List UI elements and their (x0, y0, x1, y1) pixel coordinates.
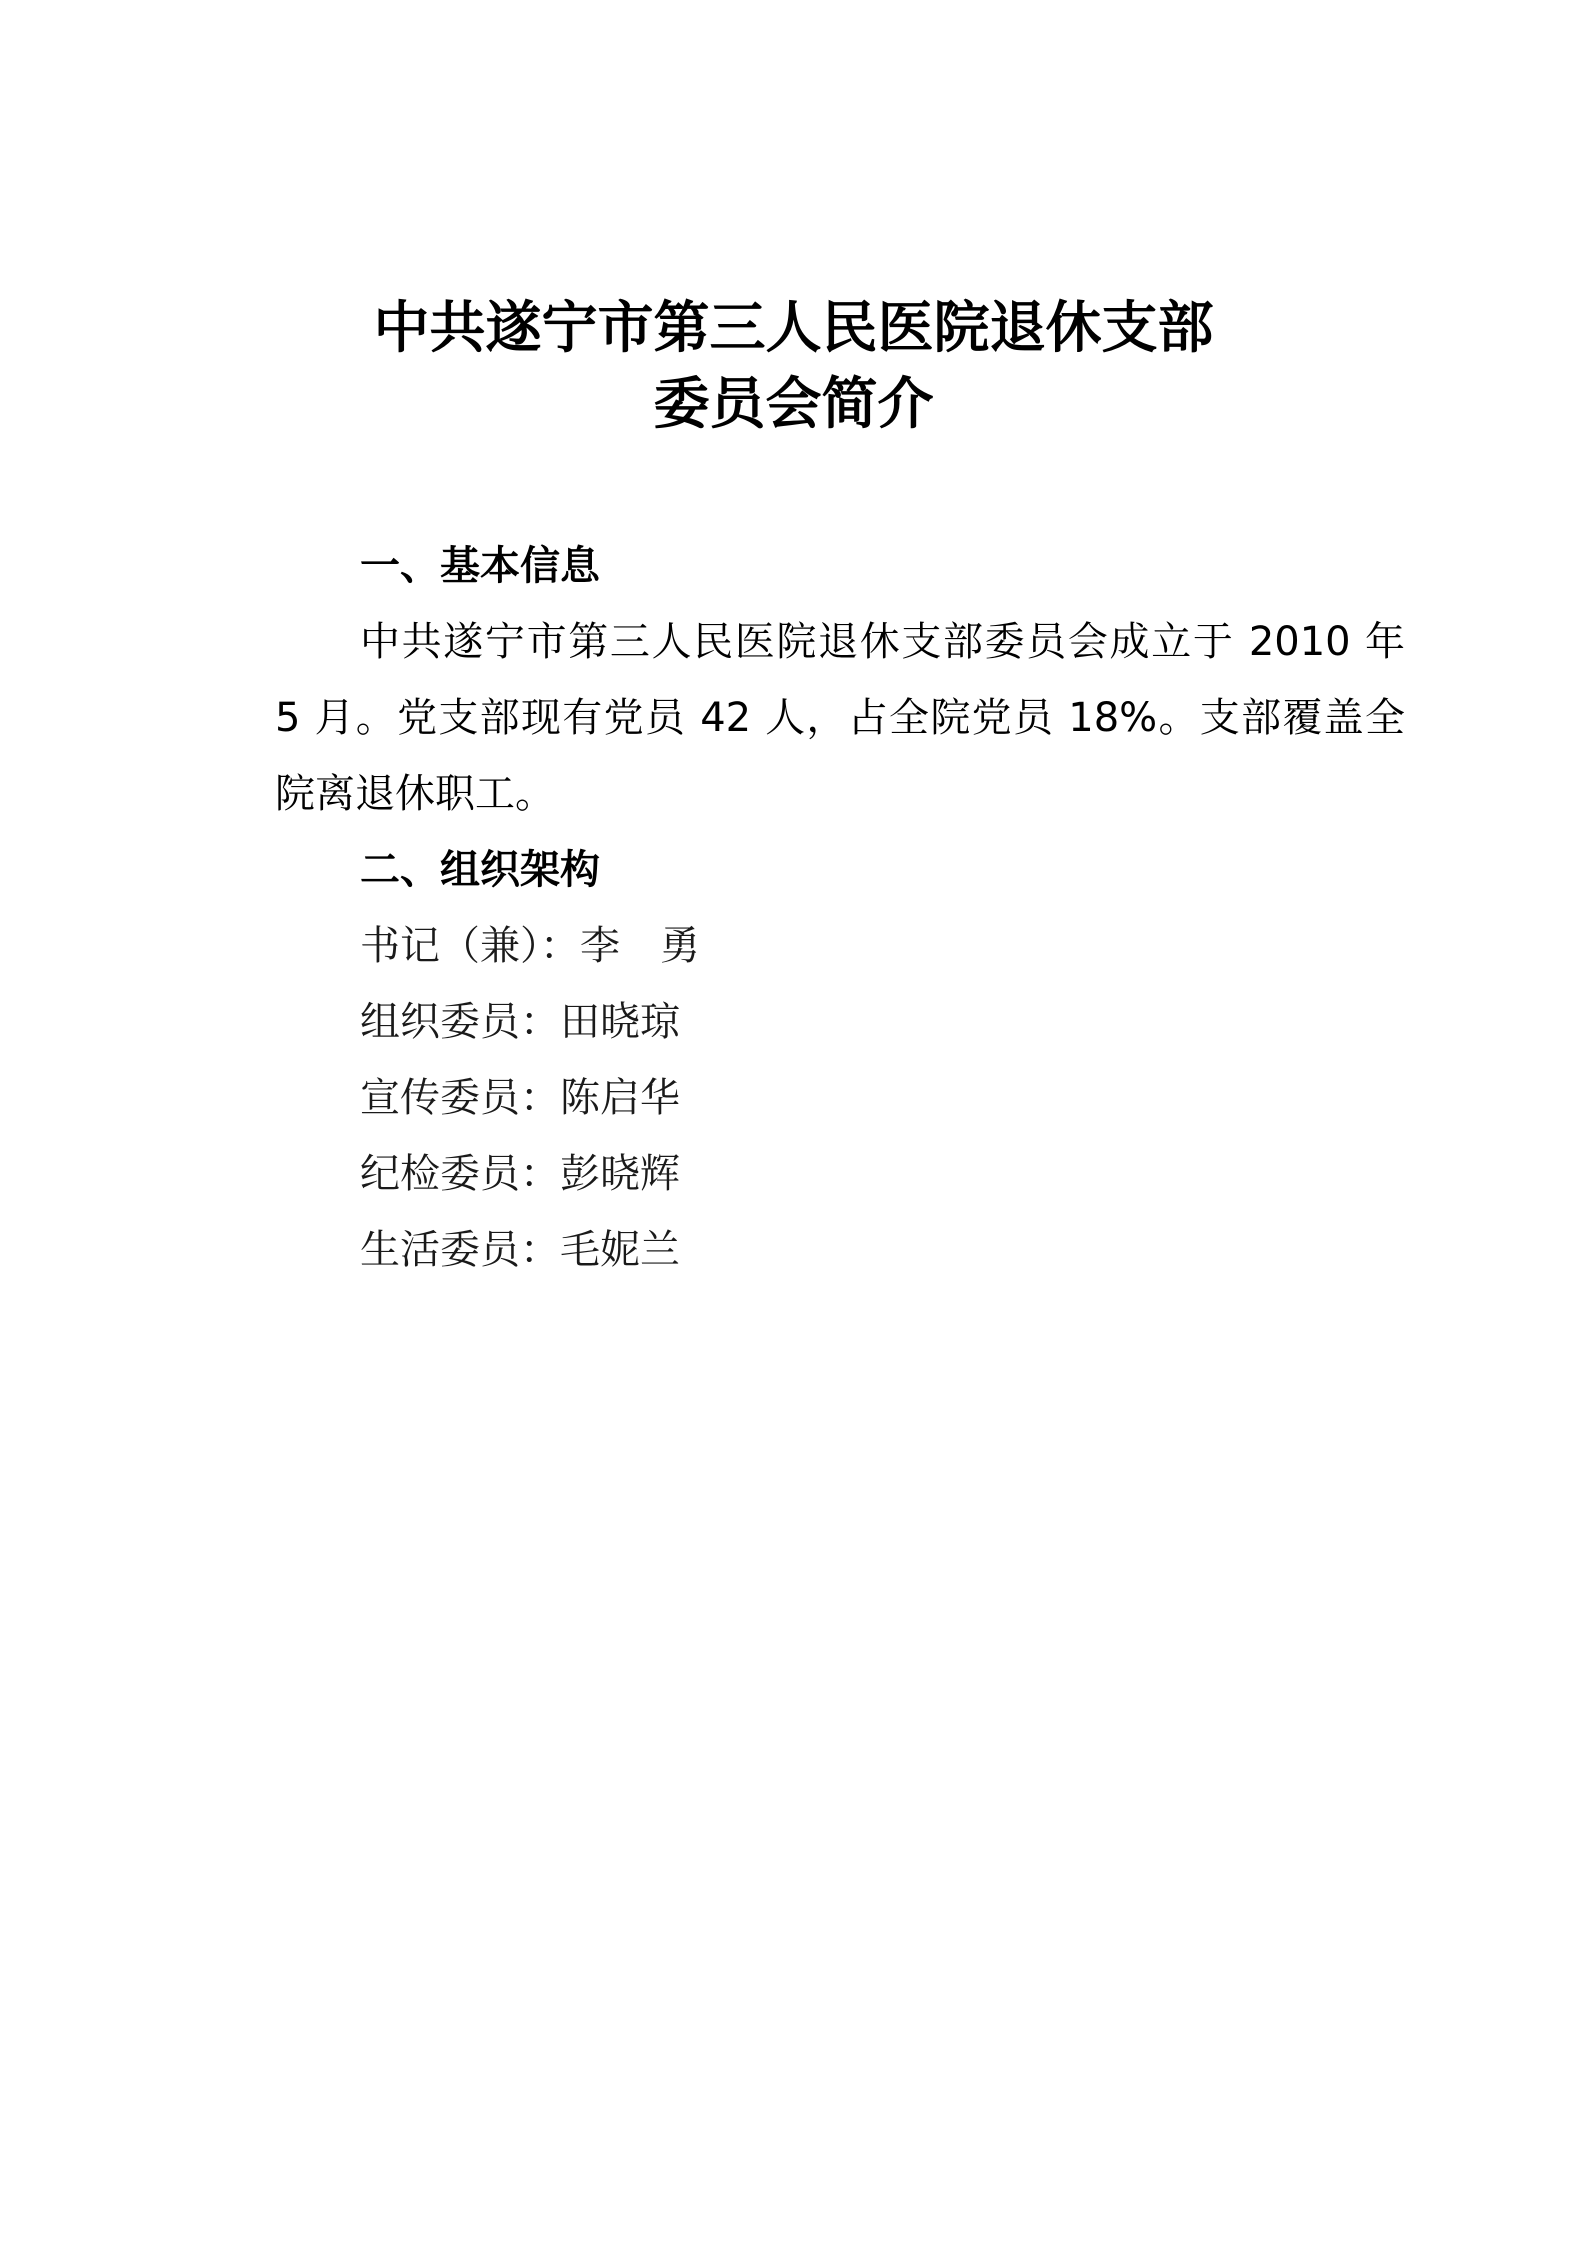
section-heading-org-structure: 二、组织架构 (275, 832, 1405, 908)
member-role: 书记（兼）： (360, 923, 580, 969)
org-member-publicity: 宣传委员：陈启华 (275, 1060, 1405, 1136)
member-role: 纪检委员： (360, 1151, 560, 1197)
document-page: 中共遂宁市第三人民医院退休支部 委员会简介 一、基本信息 中共遂宁市第三人民医院… (0, 0, 1587, 2245)
title-line-2: 委员会简介 (0, 366, 1587, 442)
org-member-welfare: 生活委员：毛妮兰 (275, 1212, 1405, 1288)
org-member-discipline: 纪检委员：彭晓辉 (275, 1136, 1405, 1212)
member-role: 生活委员： (360, 1227, 560, 1273)
member-name: 田晓琼 (560, 999, 680, 1045)
member-name: 李 勇 (580, 923, 700, 969)
document-body: 一、基本信息 中共遂宁市第三人民医院退休支部委员会成立于 2010 年 5 月。… (275, 528, 1405, 1288)
basic-info-paragraph: 中共遂宁市第三人民医院退休支部委员会成立于 2010 年 5 月。党支部现有党员… (275, 604, 1405, 832)
org-member-organization: 组织委员：田晓琼 (275, 984, 1405, 1060)
member-name: 彭晓辉 (560, 1151, 680, 1197)
member-name: 毛妮兰 (560, 1227, 680, 1273)
org-member-secretary: 书记（兼）：李 勇 (275, 908, 1405, 984)
member-role: 组织委员： (360, 999, 560, 1045)
member-role: 宣传委员： (360, 1075, 560, 1121)
document-title: 中共遂宁市第三人民医院退休支部 委员会简介 (0, 290, 1587, 442)
member-name: 陈启华 (560, 1075, 680, 1121)
title-line-1: 中共遂宁市第三人民医院退休支部 (0, 290, 1587, 366)
section-heading-basic-info: 一、基本信息 (275, 528, 1405, 604)
org-member-list: 书记（兼）：李 勇 组织委员：田晓琼 宣传委员：陈启华 纪检委员：彭晓辉 生活委… (275, 908, 1405, 1288)
